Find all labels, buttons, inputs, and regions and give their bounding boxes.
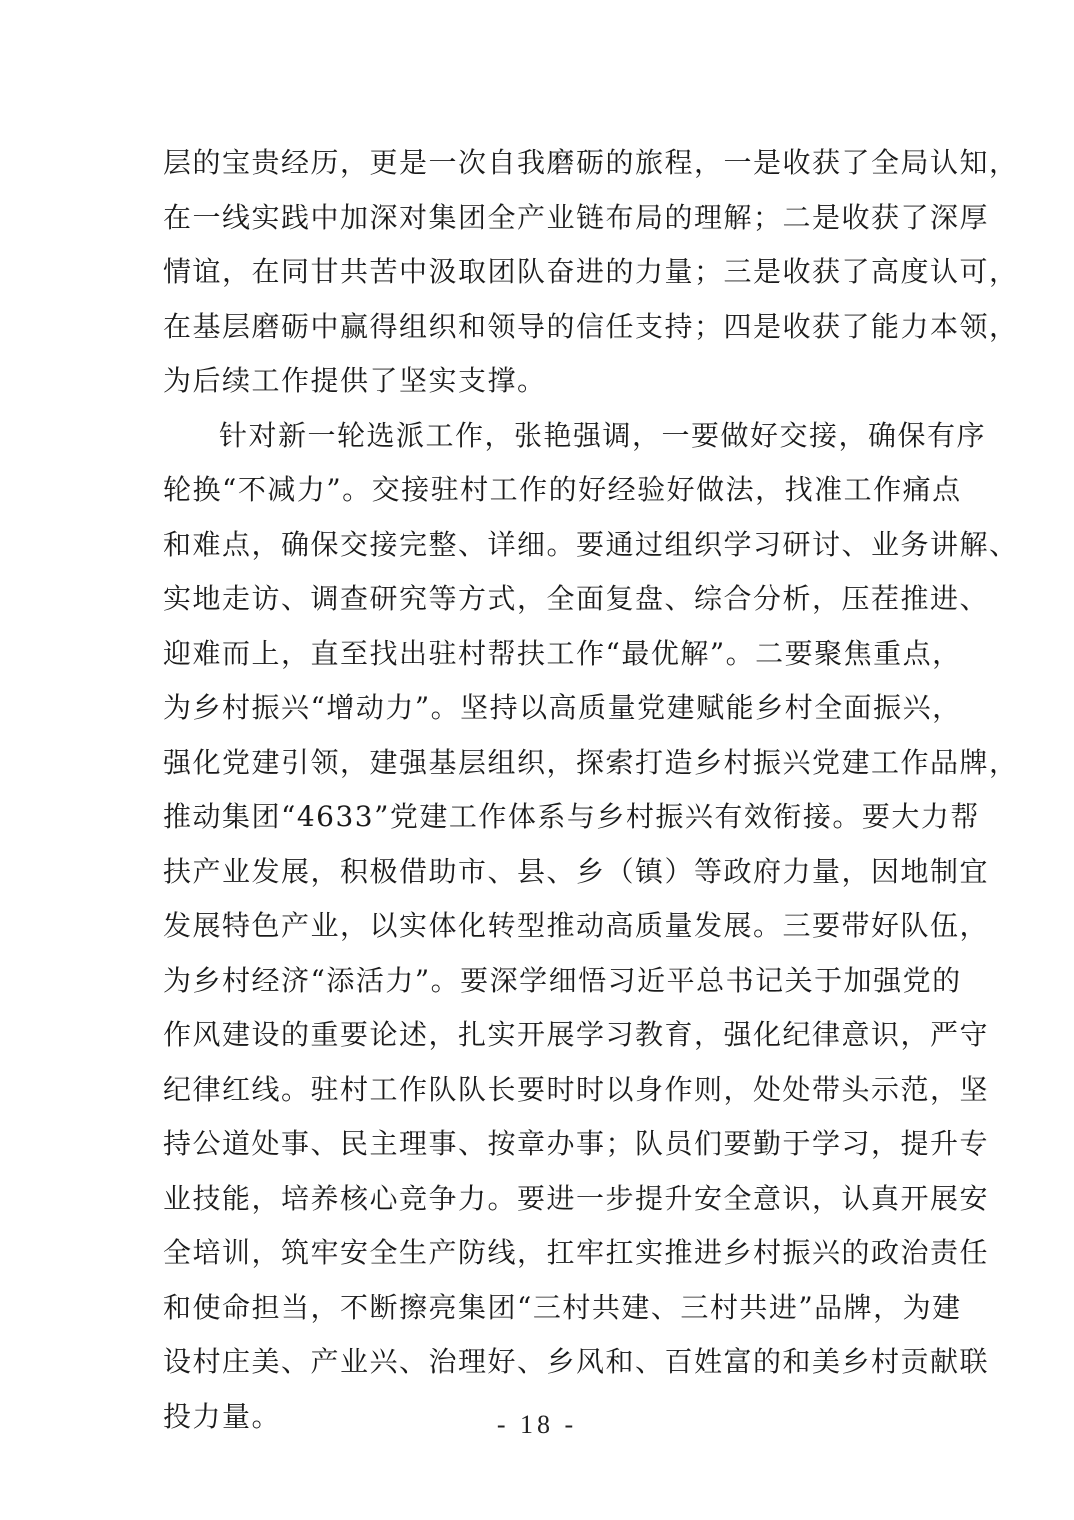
document-page: 层的宝贵经历，更是一次自我磨砺的旅程，一是收获了全局认知， 在一线实践中加深对集… [0, 0, 1074, 1520]
text-line: 全培训，筑牢安全生产防线，扛牢扛实推进乡村振兴的政治责任 [163, 1226, 929, 1281]
text-line: 和使命担当，不断擦亮集团“三村共建、三村共进”品牌，为建 [163, 1281, 929, 1336]
text-line: 在基层磨砺中赢得组织和领导的信任支持；四是收获了能力本领， [163, 300, 929, 355]
text-line: 为乡村经济“添活力”。要深学细悟习近平总书记关于加强党的 [163, 954, 929, 1009]
text-line: 设村庄美、产业兴、治理好、乡风和、百姓富的和美乡村贡献联 [163, 1335, 929, 1390]
text-line: 轮换“不减力”。交接驻村工作的好经验好做法，找准工作痛点 [163, 463, 929, 518]
text-line: 为乡村振兴“增动力”。坚持以高质量党建赋能乡村全面振兴， [163, 681, 929, 736]
paragraph-1: 层的宝贵经历，更是一次自我磨砺的旅程，一是收获了全局认知， 在一线实践中加深对集… [163, 136, 929, 409]
text-line: 迎难而上，直至找出驻村帮扶工作“最优解”。二要聚焦重点， [163, 627, 929, 682]
text-line: 针对新一轮选派工作，张艳强调，一要做好交接，确保有序 [163, 409, 929, 464]
text-line: 扶产业发展，积极借助市、县、乡（镇）等政府力量，因地制宜 [163, 845, 929, 900]
text-line: 推动集团“4633”党建工作体系与乡村振兴有效衔接。要大力帮 [163, 790, 929, 845]
text-line: 层的宝贵经历，更是一次自我磨砺的旅程，一是收获了全局认知， [163, 136, 929, 191]
text-line: 和难点，确保交接完整、详细。要通过组织学习研讨、业务讲解、 [163, 518, 929, 573]
page-number: - 18 - [0, 1410, 1074, 1440]
text-line: 强化党建引领，建强基层组织，探索打造乡村振兴党建工作品牌， [163, 736, 929, 791]
paragraph-2: 针对新一轮选派工作，张艳强调，一要做好交接，确保有序 轮换“不减力”。交接驻村工… [163, 409, 929, 1445]
text-line: 发展特色产业，以实体化转型推动高质量发展。三要带好队伍， [163, 899, 929, 954]
text-line: 纪律红线。驻村工作队队长要时时以身作则，处处带头示范，坚 [163, 1063, 929, 1118]
body-text: 层的宝贵经历，更是一次自我磨砺的旅程，一是收获了全局认知， 在一线实践中加深对集… [163, 136, 929, 1444]
text-line: 为后续工作提供了坚实支撑。 [163, 354, 929, 409]
text-line: 业技能，培养核心竞争力。要进一步提升安全意识，认真开展安 [163, 1172, 929, 1227]
text-line: 作风建设的重要论述，扎实开展学习教育，强化纪律意识，严守 [163, 1008, 929, 1063]
text-line: 在一线实践中加深对集团全产业链布局的理解；二是收获了深厚 [163, 191, 929, 246]
text-line: 实地走访、调查研究等方式，全面复盘、综合分析，压茬推进、 [163, 572, 929, 627]
text-line: 持公道处事、民主理事、按章办事；队员们要勤于学习，提升专 [163, 1117, 929, 1172]
text-line: 情谊，在同甘共苦中汲取团队奋进的力量；三是收获了高度认可， [163, 245, 929, 300]
